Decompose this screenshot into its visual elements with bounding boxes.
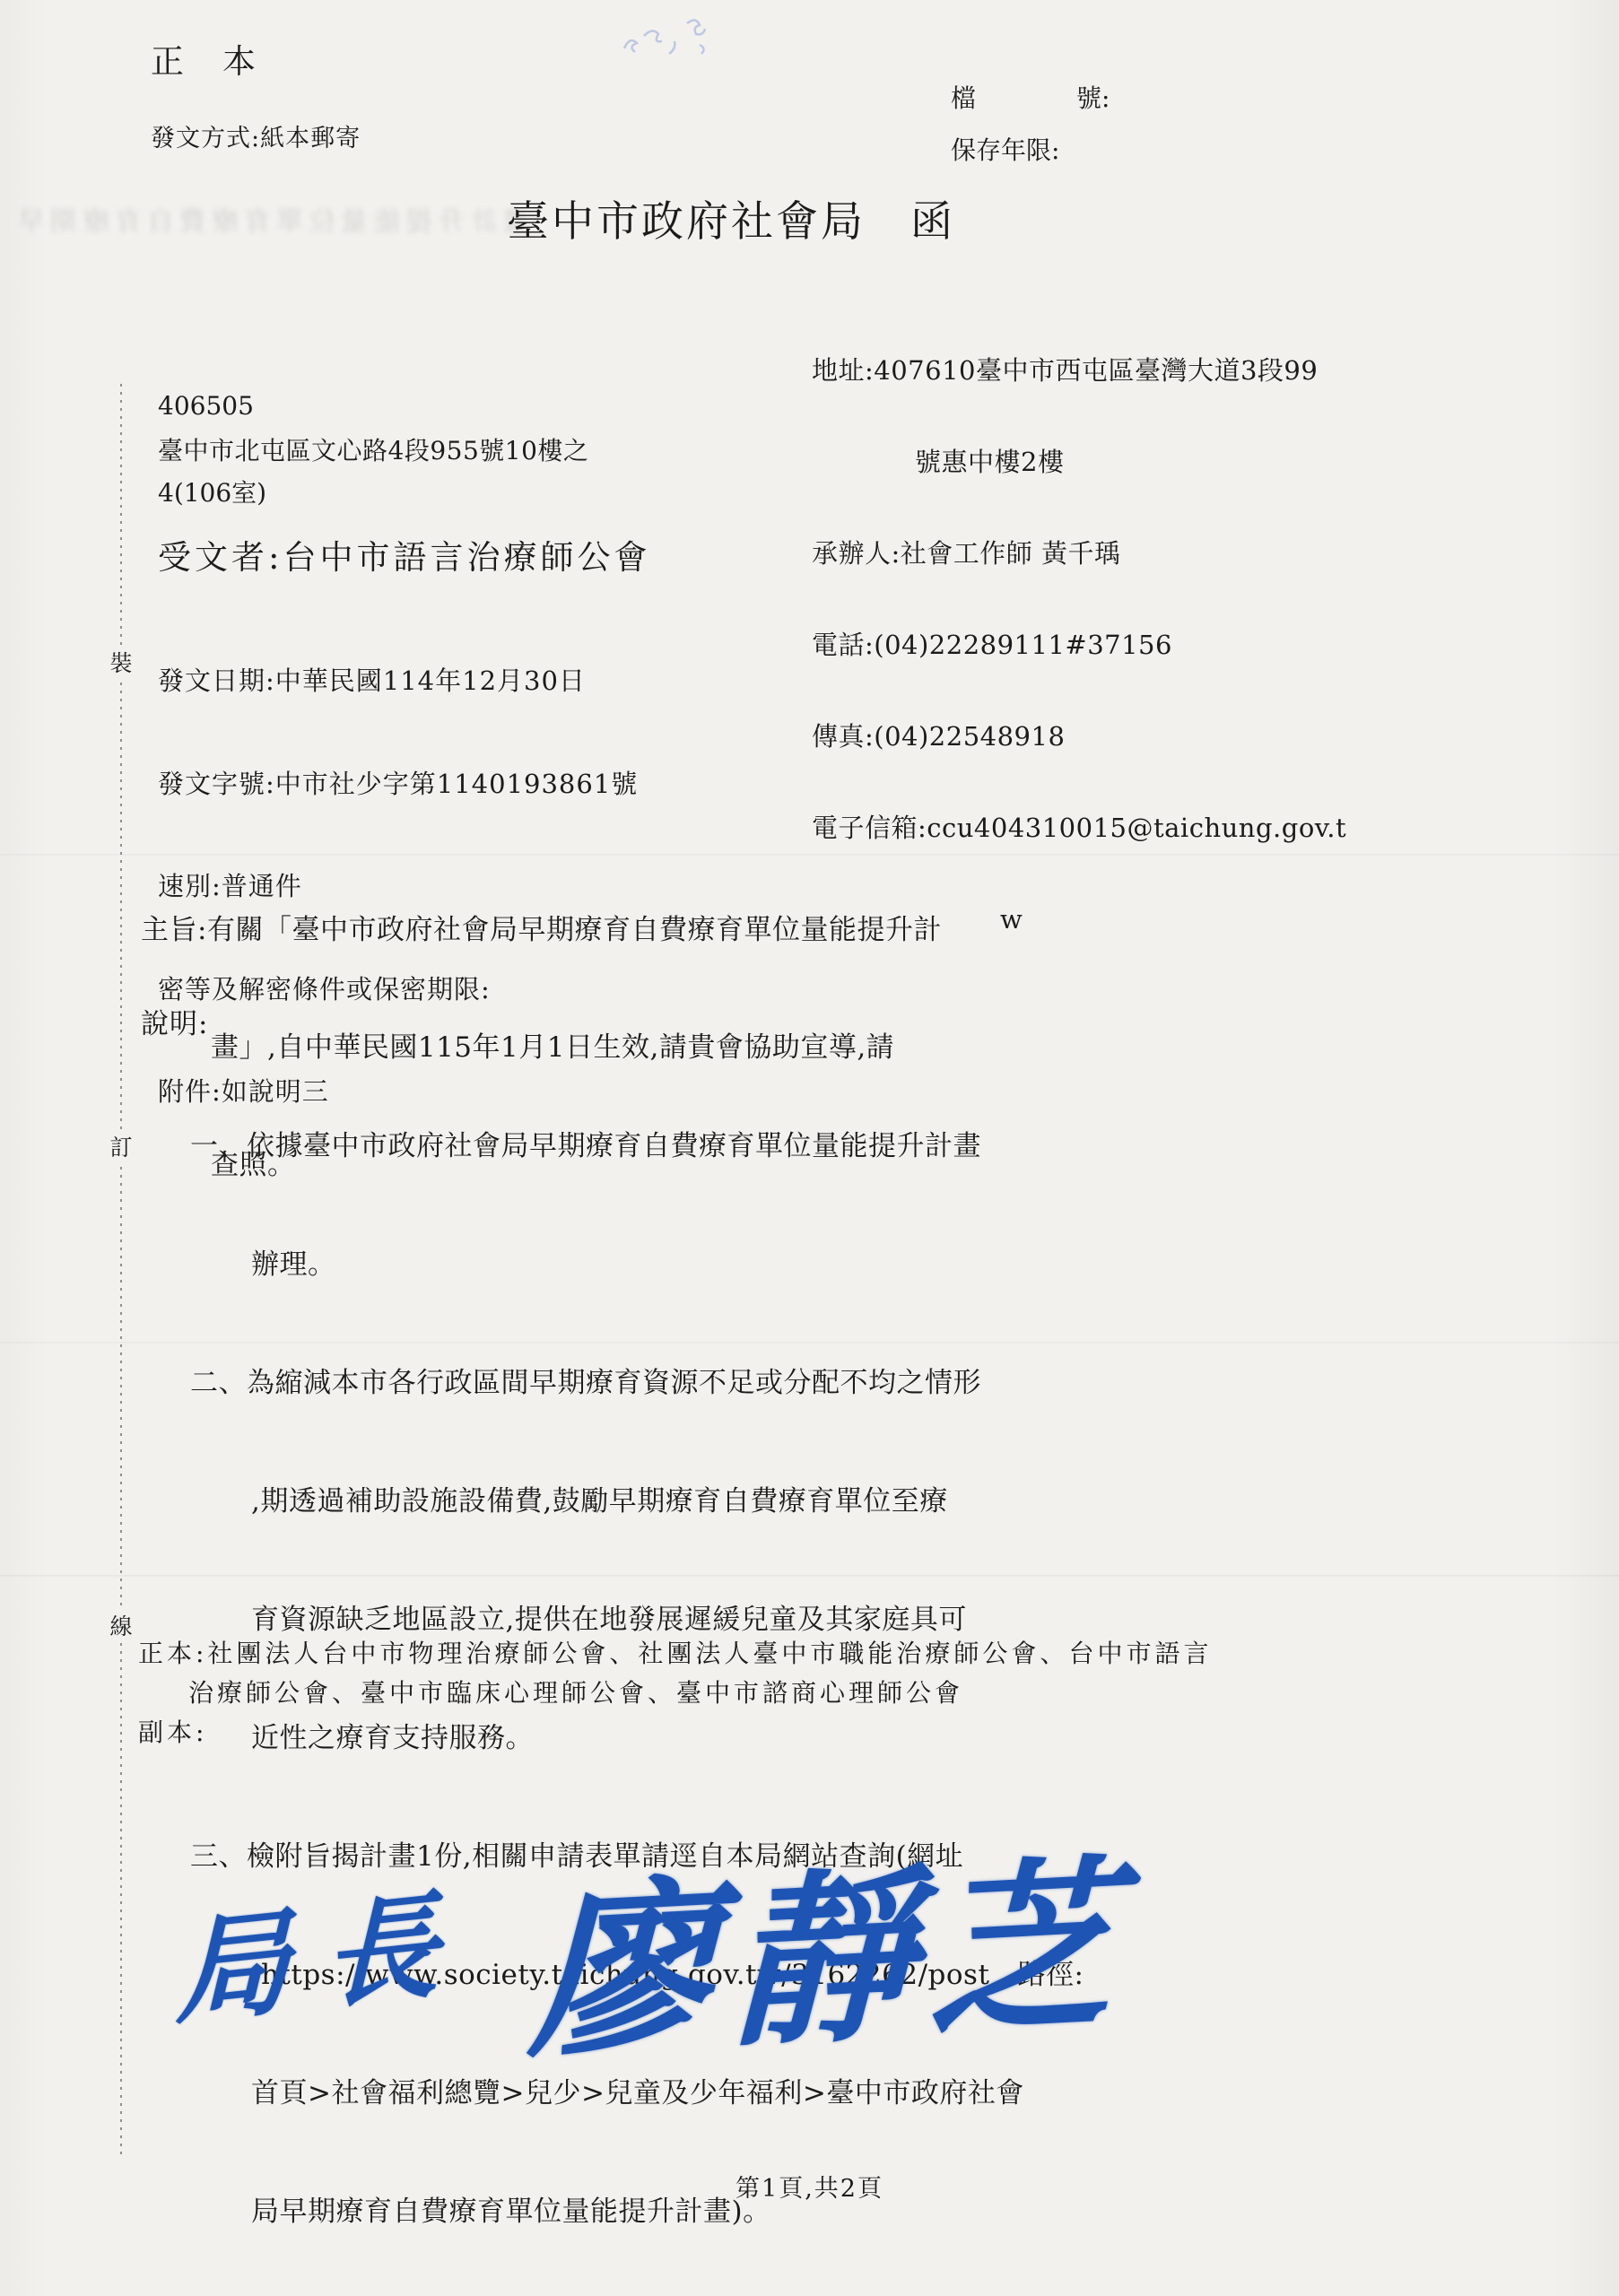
pen-scribble [617,14,716,74]
agency-fax: 傳真:(04)22548918 [812,721,1346,752]
agency-officer: 承辦人:社會工作師 黃千瑀 [812,538,1346,569]
explanation-line: 辦理。 [251,1238,1084,1291]
delivery-method: 發文方式:紙本郵寄 [151,118,361,153]
binding-mark-zhuang: 裝 [105,646,137,678]
binding-mark-xian: 線 [105,1609,137,1641]
subject-line-1: 主旨:有關「臺中市政府社會局早期療育自費療育單位量能提升計 [141,904,942,957]
copies-cc: 副本: [138,1713,207,1749]
meta-date: 發文日期:中華民國114年12月30日 [158,660,638,702]
recipient-line: 受文者:台中市語言治療師公會 [158,530,650,578]
recipient-address-line1: 臺中市北屯區文心路4段955號10樓之 [158,431,588,467]
signature-title: 局長 [176,1849,472,2047]
agency-address-line2: 號惠中樓2樓 [812,447,1346,477]
copy-type-label: 正 本 [151,34,258,83]
recipient-address-line2: 4(106室) [158,474,266,509]
bleedthrough-text: 畫計升提能量位單育療費自育療期早 [63,199,529,239]
signature-name: 廖靜芝 [527,1796,1131,2092]
file-number-label: 檔 號: [951,79,1110,115]
agency-email-line1: 電子信箱:ccu404310015@taichung.gov.t [812,813,1346,843]
explanation-line: 二、為縮減本市各行政區間早期療育資源不足或分配不均之情形 [190,1356,1084,1410]
scanned-letter-page: 畫計升提能量位單育療費自育療期早 裝 訂 線 正 本 發文方式:紙本郵寄 檔 號… [0,0,1619,2296]
copies-original-line1: 正本:社團法人台中市物理治療師公會、社團法人臺中市職能治療師公會、台中市語言 [138,1634,1212,1670]
binding-mark-ding: 訂 [105,1130,137,1162]
explanation-line: ,期透過補助設施設備費,鼓勵早期療育自費療育單位至療 [251,1474,1084,1528]
meta-doc-number: 發文字號:中市社少字第1140193861號 [158,763,638,805]
recipient-zip: 406505 [158,391,254,421]
copies-original-line2: 治療師公會、臺中市臨床心理師公會、臺中市諮商心理師公會 [188,1674,963,1709]
document-title: 臺中市政府社會局 函 [507,188,955,248]
agency-address-line1: 地址:407610臺中市西屯區臺灣大道3段99 [812,355,1346,386]
agency-phone: 電話:(04)22289111#37156 [812,630,1346,660]
page-footer: 第1頁,共2頁 [0,2169,1619,2204]
explanation-line: 一、依據臺中市政府社會局早期療育自費療育單位量能提升計畫 [190,1119,1084,1173]
retention-period-label: 保存年限: [951,131,1059,167]
explanation-heading: 說明: [141,1001,208,1041]
explanation-line: 近性之療育支持服務。 [251,1711,1084,1765]
